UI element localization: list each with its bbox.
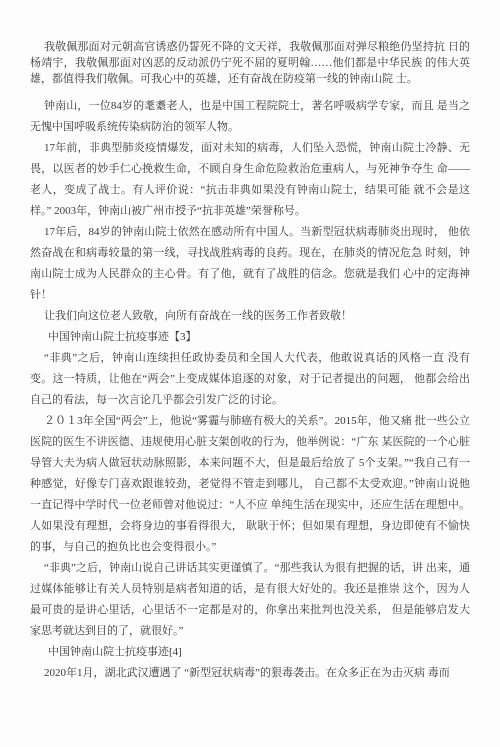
paragraph-admire-heroes: 我敬佩那面对元朝高官诱惑仍誓死不降的文天祥，我敬佩那面对弹尽粮绝仍坚持抗 日的杨… xyxy=(30,39,470,87)
section-heading-3: 中国钟南山院士抗疫事迹【3】 xyxy=(30,327,470,348)
section-heading-4: 中国钟南山院士抗疫事迹[4] xyxy=(30,642,470,663)
document-page: 我敬佩那面对元朝高官诱惑仍誓死不降的文天祥，我敬佩那面对弹尽粮绝仍坚持抗 日的杨… xyxy=(0,0,500,747)
paragraph-salute: 让我们向这位老人致敬，向所有奋战在一线的医务工作者致敬！ xyxy=(30,306,470,327)
paragraph-npc-cppcc: “非典”之后，钟南山连续担任政协委员和全国人大代表，他敢说真话的风格一直 没有变… xyxy=(30,348,470,411)
paragraph-wuhan-2020: 2020年1月，湖北武汉遭遇了 “新型冠状病毒”的狠毒袭击。在众多正在为击灭病 … xyxy=(30,663,470,684)
paragraph-speak-carefully: “非典”之后，钟南山说自己讲话其实更谨慎了。“那些我认为很有把握的话，讲 出来，… xyxy=(30,558,470,642)
paragraph-two-sessions-quotes: ２０１3年全国“两会”上，他说“雾霾与肺癌有极大的关系”。2015年，他又痛 批… xyxy=(30,411,470,558)
paragraph-sars-17-years-ago: 17年前，非典型肺炎疫情爆发，面对未知的病毒，人们坠入恐慌，钟南山院士冷静、无畏… xyxy=(30,138,470,222)
paragraph-zhong-intro: 钟南山，一位84岁的耄耋老人，也是中国工程院院士，著名呼吸病学专家，而且 是当之… xyxy=(30,96,470,138)
paragraph-17-years-later: 17年后，84岁的钟南山院士依然在感动所有中国人。当新型冠状病毒肺炎出现时， 他… xyxy=(30,222,470,306)
